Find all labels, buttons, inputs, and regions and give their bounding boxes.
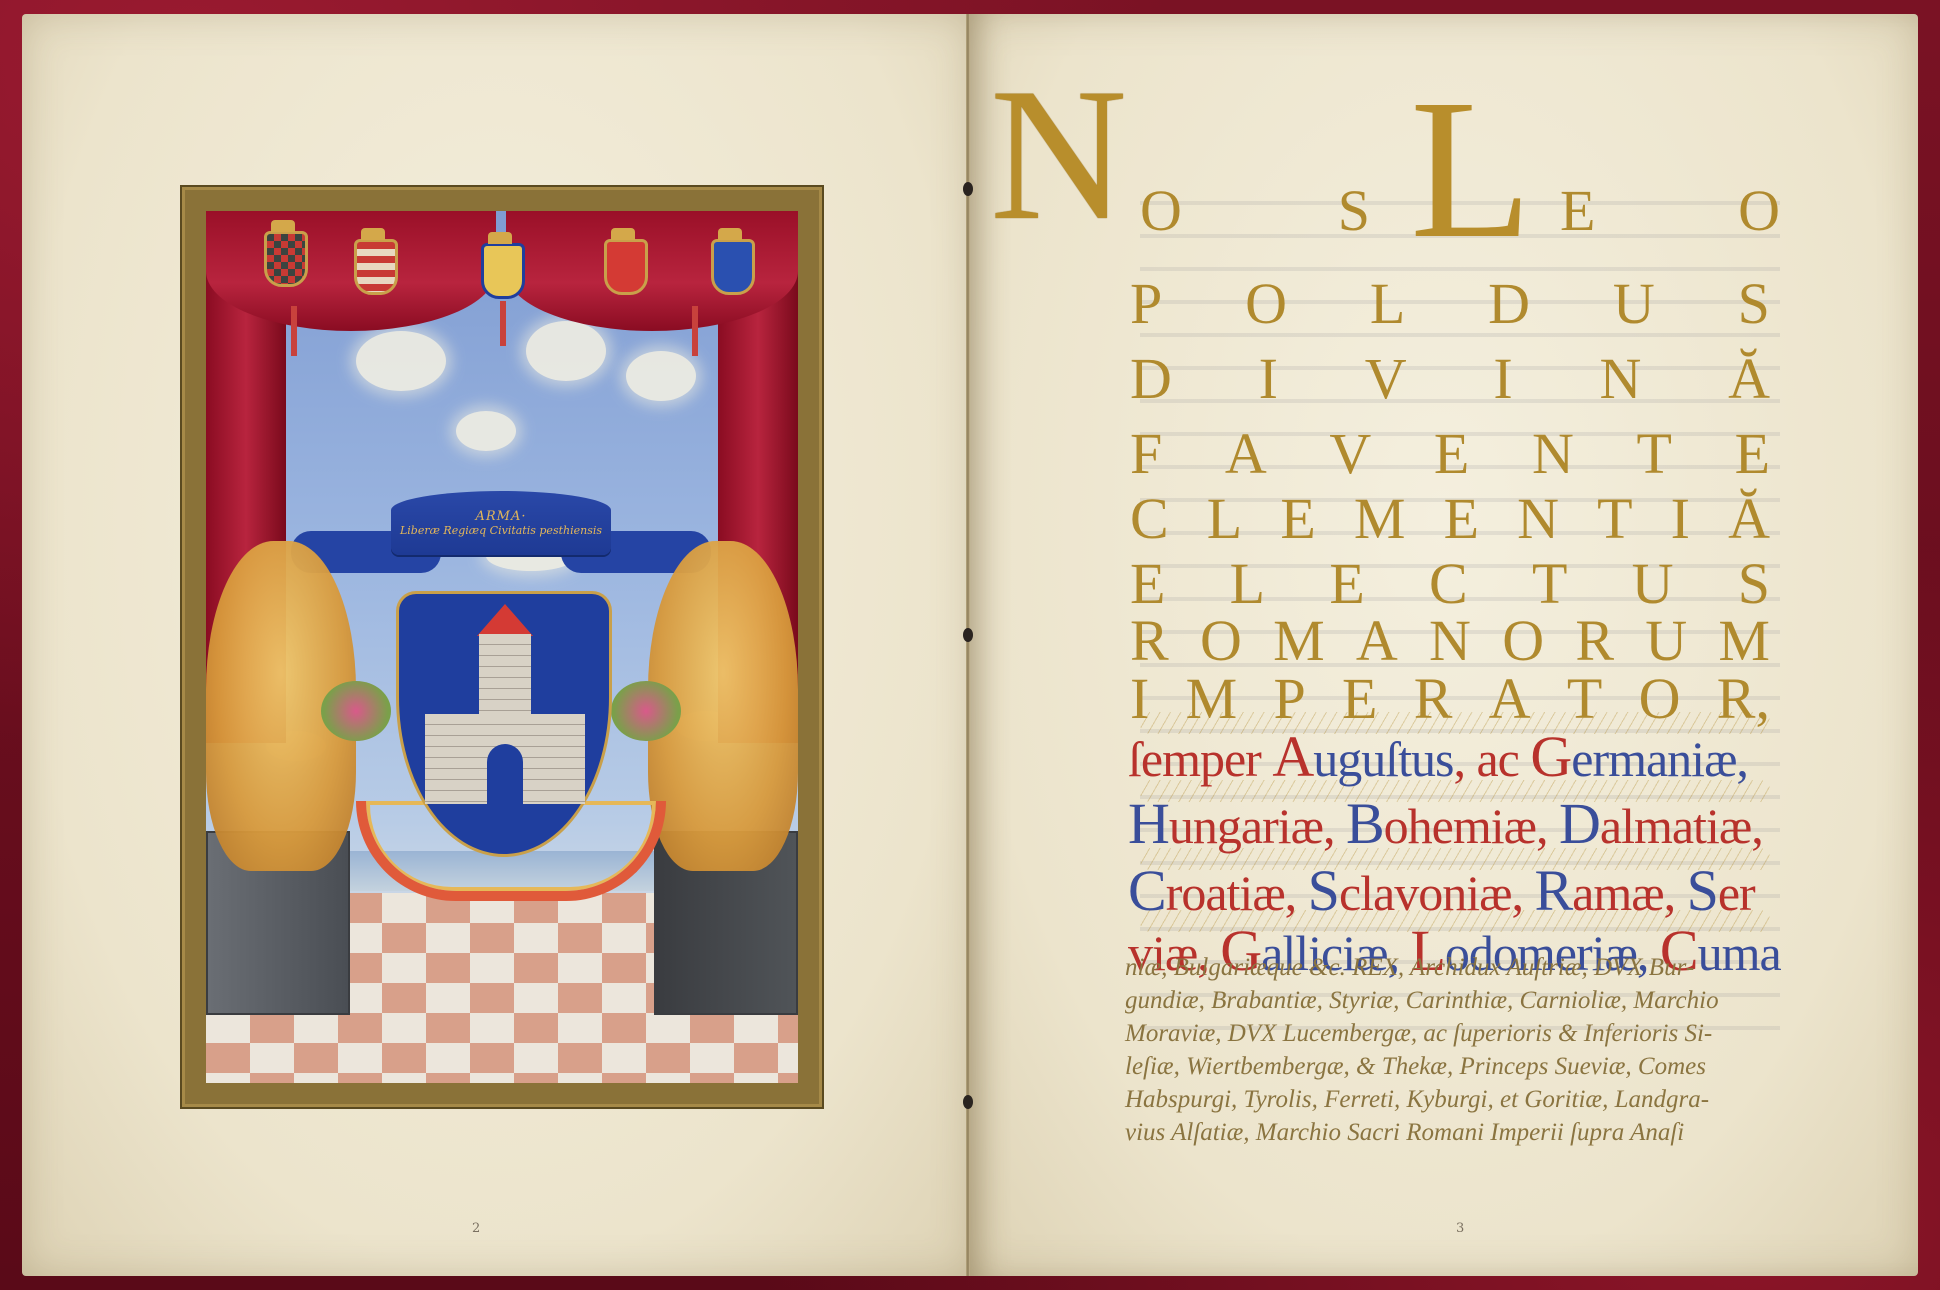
- checkered-crest-icon: [264, 231, 308, 287]
- initial-letter-n: N: [990, 60, 1127, 250]
- tower-roof: [477, 604, 533, 636]
- gold-letter: O: [1140, 182, 1182, 240]
- curtain-swag-left: [206, 211, 496, 331]
- fraktur-line-2: Hungariæ, Bohemiæ, Dalmatiæ,: [1128, 795, 1788, 853]
- lion-crest-icon: [604, 239, 648, 295]
- italic-line-3: Moraviæ, DVX Lucembergæ, ac ſuperioris &…: [1125, 1021, 1805, 1046]
- gold-letter: E: [1560, 182, 1595, 240]
- banner-title: ARMA·: [475, 509, 526, 524]
- castle-tower: [479, 634, 531, 714]
- tassel: [500, 301, 506, 346]
- italic-line-6: vius Alſatiæ, Marchio Sacri Romani Imper…: [1125, 1120, 1805, 1145]
- castle-gate: [487, 744, 523, 804]
- italic-line-1: niæ, Bulgariæque &c. REX, Archidux Auſtr…: [1125, 955, 1805, 980]
- gold-letter: S: [1338, 182, 1370, 240]
- cloud: [356, 331, 446, 391]
- flower-cornucopia-right: [611, 681, 681, 741]
- banner-subtitle: Liberæ Regiæq Civitatis pesthiensis: [400, 524, 602, 537]
- italic-line-4: leſiæ, Wiertbembergæ, & Thekæ, Princeps …: [1125, 1054, 1805, 1079]
- gold-line-favente: FAVENTE: [1130, 425, 1770, 483]
- binding-stitch: [963, 1095, 973, 1109]
- gold-line-poldus: POLDUS: [1130, 275, 1770, 333]
- page-number-right: 3: [1456, 1221, 1464, 1236]
- flower-cornucopia-left: [321, 681, 391, 741]
- fleur-crest-icon: [711, 239, 755, 295]
- tassel: [291, 306, 297, 356]
- cloud: [626, 351, 696, 401]
- gold-letter: O: [1738, 182, 1780, 240]
- page-number-left: 2: [472, 1221, 480, 1236]
- fraktur-line-3: Croatiæ, Sclavoniæ, Ramæ, Ser: [1128, 862, 1788, 920]
- gold-line-divina: DIVINĂ: [1130, 350, 1770, 408]
- book-gutter: [966, 14, 970, 1276]
- italic-line-2: gundiæ, Brabantiæ, Styriæ, Carinthiæ, Ca…: [1125, 988, 1805, 1013]
- eagle-crest-icon: [481, 243, 525, 299]
- gold-line-romanorum: ROMANORUM: [1130, 612, 1770, 670]
- gold-line-clementia: CLEMENTIĂ: [1130, 490, 1770, 548]
- coat-of-arms-miniature: ARMA· Liberæ Regiæq Civitatis pesthiensi…: [180, 185, 824, 1109]
- binding-stitch: [963, 628, 973, 642]
- italic-line-5: Habspurgi, Tyrolis, Ferreti, Kyburgi, et…: [1125, 1087, 1805, 1112]
- initial-letter-l: L: [1410, 70, 1532, 270]
- gold-line-1b: E O: [1560, 182, 1780, 240]
- binding-stitch: [963, 182, 973, 196]
- motto-banner: ARMA· Liberæ Regiæq Civitatis pesthiensi…: [391, 491, 611, 555]
- fraktur-line-1: ſemper Auguſtus, ac Germaniæ,: [1128, 728, 1788, 786]
- cloud: [526, 321, 606, 381]
- cloud: [456, 411, 516, 451]
- gold-line-electus: ELECTUS: [1130, 555, 1770, 613]
- barred-crest-icon: [354, 239, 398, 295]
- gold-line-1a: O S: [1140, 182, 1370, 240]
- tassel: [692, 306, 698, 356]
- miniature-scene: ARMA· Liberæ Regiæq Civitatis pesthiensi…: [206, 211, 798, 1083]
